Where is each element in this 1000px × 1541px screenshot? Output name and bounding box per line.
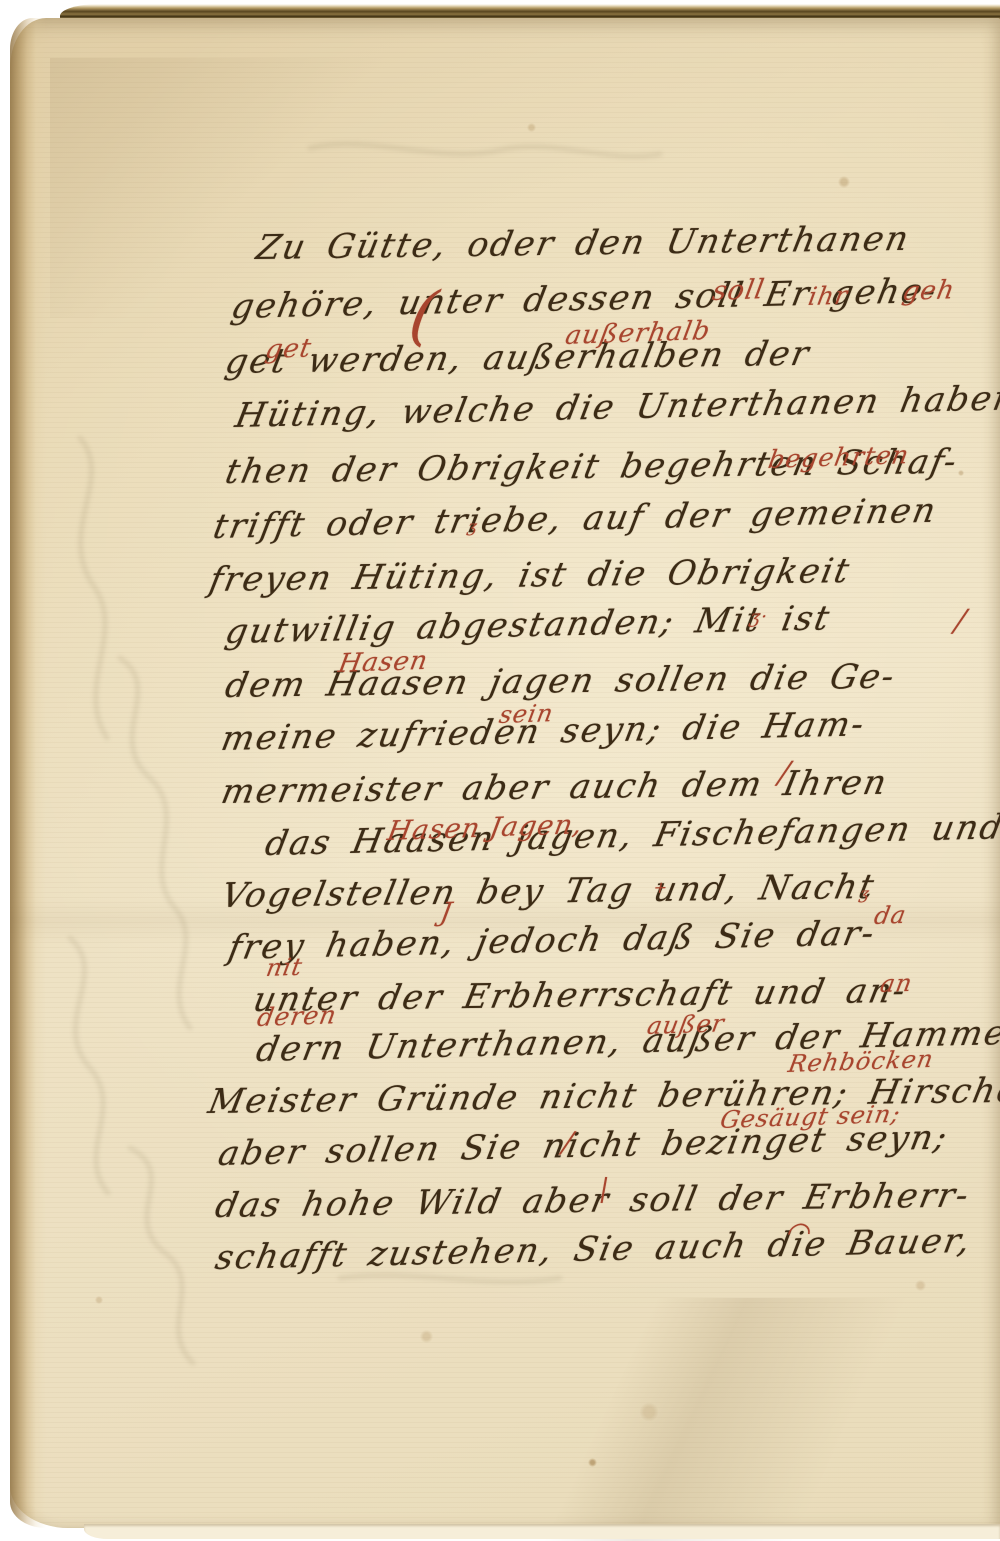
red-correction: außerhalb: [563, 316, 713, 351]
red-correction: ʒ·: [748, 606, 770, 628]
red-correction: geh: [900, 275, 957, 307]
manuscript-line: freyen Hüting, ist die Obrigkeit: [206, 551, 854, 600]
red-correction: Hasen: [336, 646, 431, 679]
manuscript-line: Hüting, welche die Unterthanen haben: [232, 378, 1000, 436]
under-page-edge: [84, 1524, 1000, 1539]
manuscript-line: das hohe Wild aber soll der Erbherr-: [212, 1176, 974, 1226]
manuscript-line: unter der Erbherrschaft und an-: [250, 971, 910, 1020]
manuscript-line: Vogelstellen bey Tag und, Nacht: [218, 867, 879, 916]
manuscript-line: trifft oder triebe, auf der gemeinen: [210, 491, 941, 547]
manuscript-page: Zu Gütte, oder den Unterthanen gehöre, u…: [10, 18, 1000, 1528]
crease-top-left: [50, 58, 410, 318]
manuscript-photo: Zu Gütte, oder den Unterthanen gehöre, u…: [0, 0, 1000, 1541]
red-correction: an: [878, 969, 915, 998]
manuscript-line: frey haben, jedoch daß Sie dar-: [225, 913, 879, 968]
manuscript-line: schafft zustehen, Sie auch die Bauer,: [212, 1221, 975, 1278]
red-correction: Rehböcken: [786, 1045, 936, 1078]
red-correction: ihr: [806, 281, 850, 311]
red-correction: soll: [710, 274, 767, 307]
crease-bottom: [420, 1298, 1000, 1541]
red-correction: da: [872, 901, 909, 930]
manuscript-line: Zu Gütte, oder den Unterthanen: [253, 219, 914, 268]
manuscript-line: dem Haasen jagen sollen die Ge-: [222, 657, 899, 706]
red-correction: /: [952, 604, 969, 639]
red-correction: außer: [645, 1009, 727, 1040]
red-correction: nit: [264, 953, 305, 982]
manuscript-line: gutwillig abgestanden; Mit ist: [222, 598, 834, 652]
red-correction: sein: [497, 699, 556, 729]
red-correction: get: [263, 333, 314, 365]
red-correction: deren: [255, 1000, 339, 1032]
deckle-edge-left: [10, 18, 46, 1528]
manuscript-line: das Haasen jagen, Fischefangen und: [262, 807, 1000, 864]
red-correction: begehrten: [766, 440, 912, 474]
